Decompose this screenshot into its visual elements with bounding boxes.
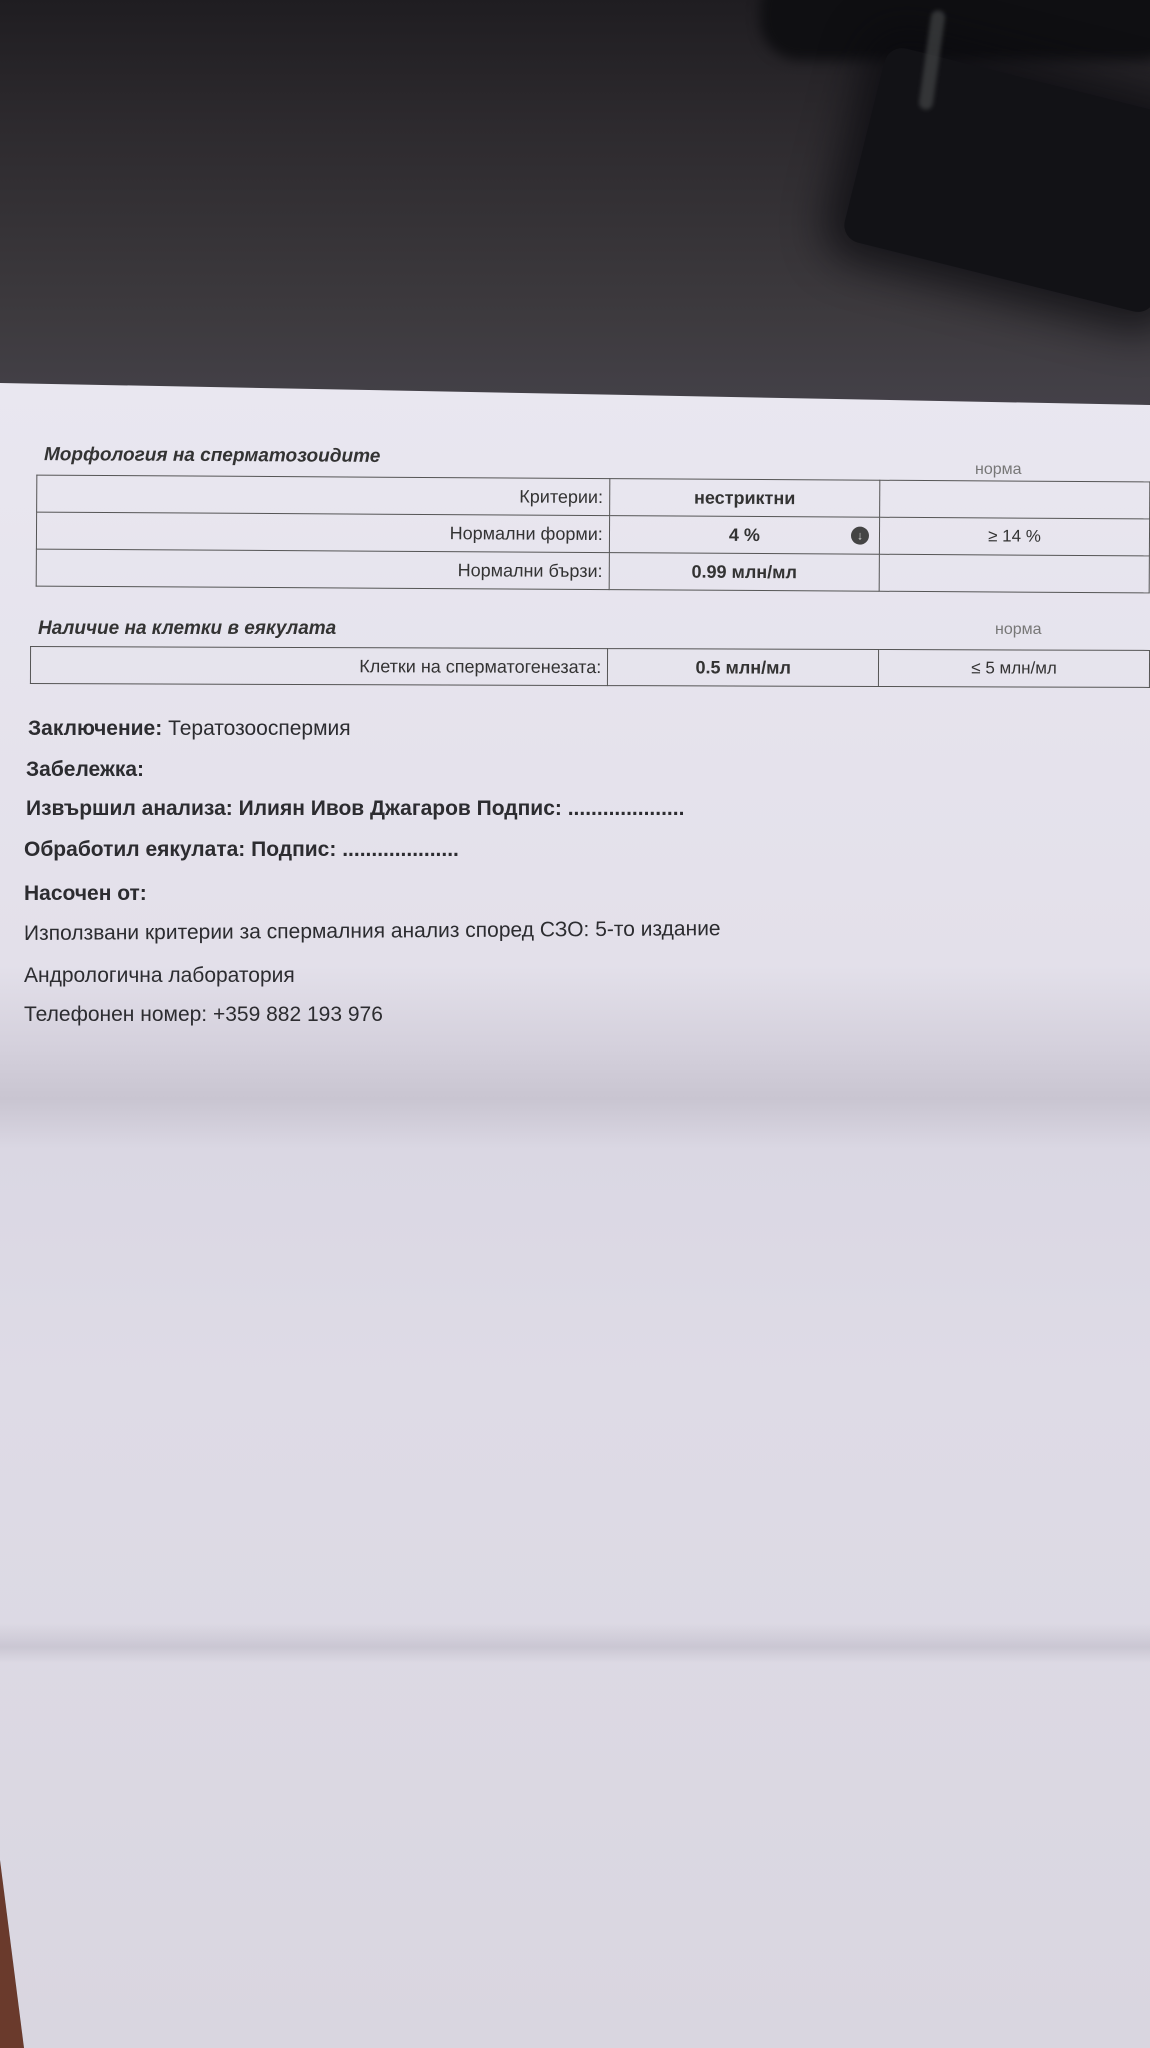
row-value: нестриктни xyxy=(609,479,879,518)
row-norm: ≥ 14 % xyxy=(879,517,1149,556)
lab-name: Андрологична лаборатория xyxy=(24,964,295,988)
conclusion-label: Заключение: xyxy=(28,717,162,740)
cells-title: Наличие на клетки в еякулата xyxy=(38,618,336,640)
row-value: 0.99 млн/мл xyxy=(609,553,879,592)
phone-text: Телефонен номер: +359 882 193 976 xyxy=(24,1003,383,1027)
processed-line: Обработил еякулата: Подпис: ............… xyxy=(24,838,459,862)
note-label: Забележка: xyxy=(26,758,144,781)
row-norm: ≤ 5 млн/мл xyxy=(879,650,1150,688)
morphology-norm-header: норма xyxy=(975,461,1022,479)
processed-label: Обработил еякулата: Подпис: xyxy=(24,838,336,861)
performed-label: Извършил анализа: xyxy=(26,797,233,820)
note-line: Забележка: xyxy=(26,758,144,782)
cells-norm-header: норма xyxy=(995,621,1042,639)
paper-fold xyxy=(0,1623,1150,1663)
conclusion-line: Заключение: Тератозооспермия xyxy=(28,717,351,741)
morphology-title: Морфология на сперматозоидите xyxy=(44,444,380,468)
processed-value: .................... xyxy=(342,838,459,861)
performed-value: Илиян Ивов Джагаров Подпис: ............… xyxy=(239,797,685,820)
referred-line: Насочен от: xyxy=(24,882,147,906)
down-arrow-icon: ↓ xyxy=(851,527,869,545)
row-label: Нормални форми: xyxy=(36,512,609,552)
row-norm xyxy=(879,554,1149,593)
cells-table: Клетки на сперматогенезата: 0.5 млн/мл ≤… xyxy=(30,646,1150,688)
table-row: Нормални бързи: 0.99 млн/мл xyxy=(36,549,1149,593)
background-object xyxy=(760,0,1150,60)
row-label: Нормални бързи: xyxy=(36,549,609,589)
performed-line: Извършил анализа: Илиян Ивов Джагаров По… xyxy=(26,797,684,821)
referred-label: Насочен от: xyxy=(24,882,147,905)
row-label: Критерии: xyxy=(37,475,610,515)
row-value: 0.5 млн/мл xyxy=(608,649,879,687)
row-value: 4 % xyxy=(729,524,760,544)
criteria-text: Използвани критерии за спермалния анализ… xyxy=(24,917,721,946)
morphology-table: Критерии: нестриктни Нормални форми: 4 %… xyxy=(36,475,1150,594)
conclusion-value: Тератозооспермия xyxy=(168,717,351,740)
table-row: Клетки на сперматогенезата: 0.5 млн/мл ≤… xyxy=(30,647,1149,688)
row-label: Клетки на сперматогенезата: xyxy=(30,647,607,686)
row-norm xyxy=(880,480,1150,519)
row-value-cell: 4 % ↓ xyxy=(609,516,879,555)
